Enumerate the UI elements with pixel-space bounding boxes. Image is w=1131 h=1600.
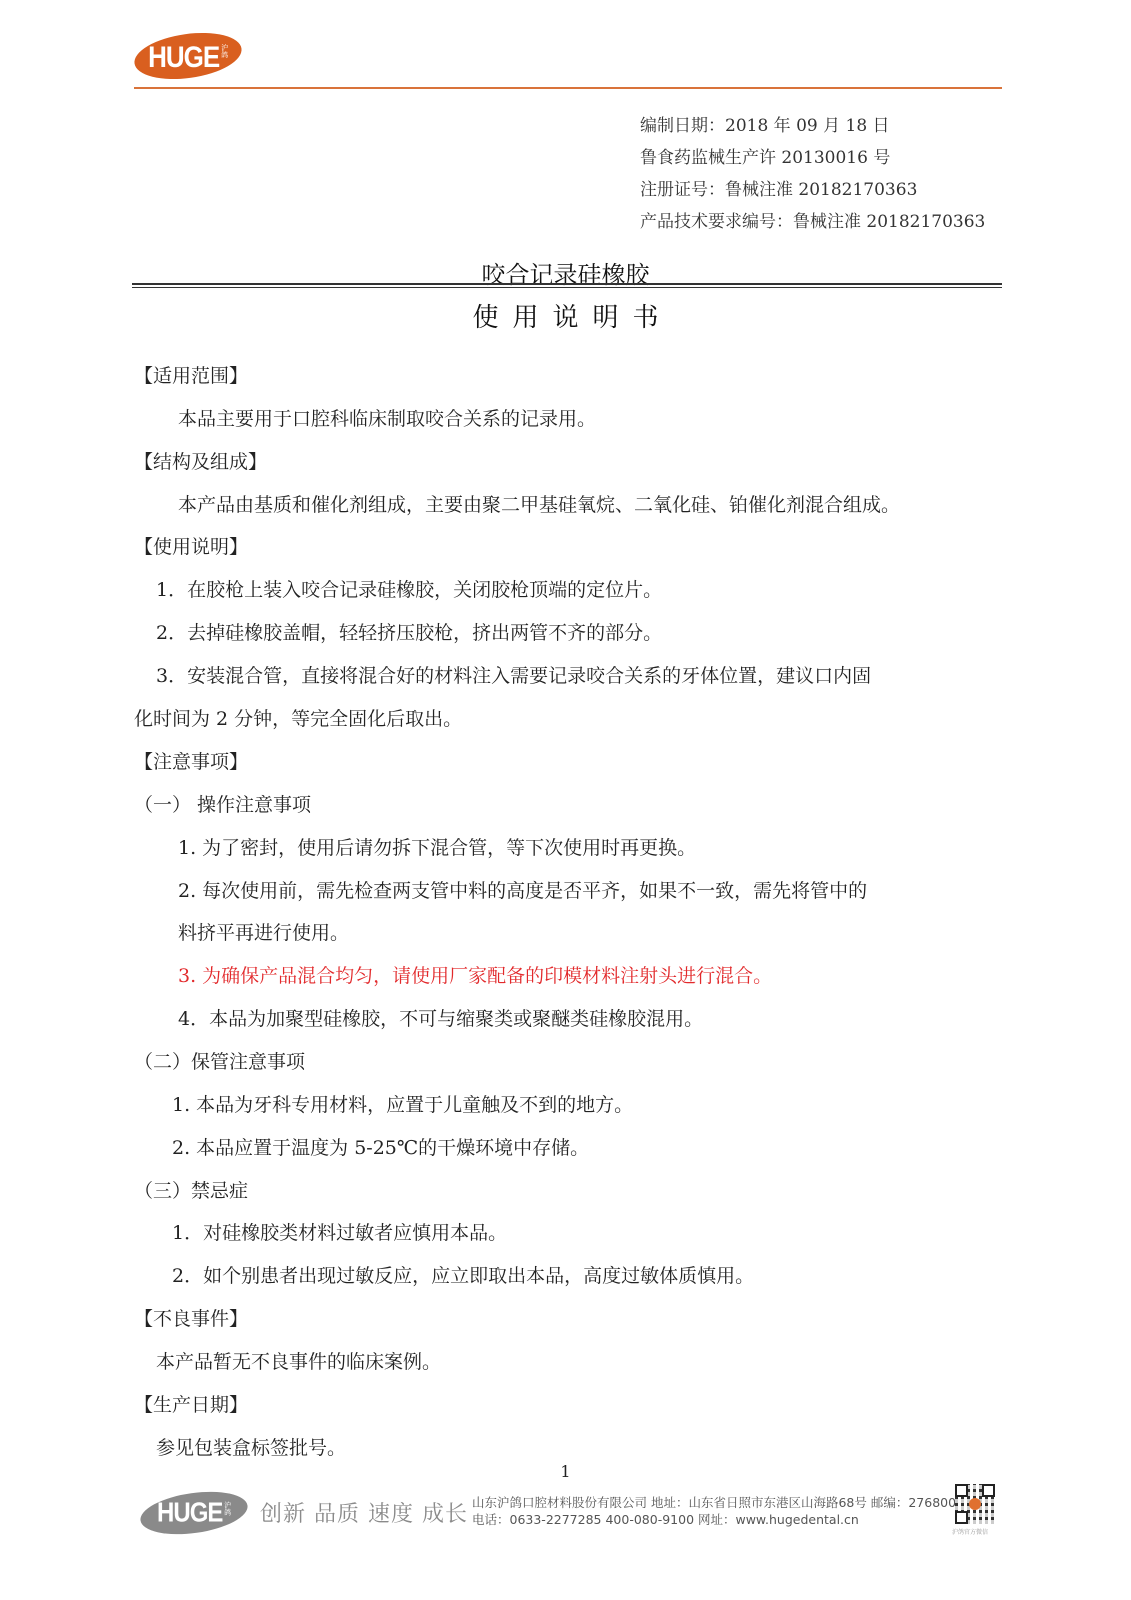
scope-text: 本品主要用于口腔科临床制取咬合关系的记录用。 (178, 404, 596, 431)
operation-item: 4．本品为加聚型硅橡胶，不可与缩聚类或聚醚类硅橡胶混用。 (178, 1004, 703, 1031)
section-heading-adverse-events: 【不良事件】 (134, 1304, 248, 1331)
document-meta: 编制日期：2018 年 09 月 18 日 鲁食药监械生产许 20130016 … (640, 110, 985, 238)
usage-item: 2．去掉硅橡胶盖帽，轻轻挤压胶枪，挤出两管不齐的部分。 (156, 618, 662, 645)
section-heading-composition: 【结构及组成】 (134, 447, 267, 474)
section-heading-precautions: 【注意事项】 (134, 747, 248, 774)
document-type-title: 使用说明书 (0, 297, 1131, 334)
usage-item: 3．安装混合管，直接将混合好的材料注入需要记录咬合关系的牙体位置，建议口内固 (156, 661, 871, 688)
page-number: 1 (0, 1462, 1131, 1481)
company-logo: HUGE 沪鸽 (131, 27, 244, 86)
composition-text: 本产品由基质和催化剂组成，主要由聚二甲基硅氧烷、二氧化硅、铂催化剂混合组成。 (178, 490, 900, 517)
production-date-text: 参见包装盒标签批号。 (156, 1433, 346, 1460)
operation-item: 2. 每次使用前，需先检查两支管中料的高度是否平齐，如果不一致，需先将管中的 (178, 876, 867, 903)
operation-item-highlighted: 3. 为确保产品混合均匀，请使用厂家配备的印模材料注射头进行混合。 (178, 961, 772, 988)
contraindication-item: 2．如个别患者出现过敏反应，应立即取出本品，高度过敏体质慎用。 (172, 1261, 754, 1288)
logo-text: HUGE (148, 39, 219, 75)
footer-logo: HUGE 沪鸽 (138, 1486, 251, 1541)
operation-item-continued: 料挤平再进行使用。 (178, 918, 349, 945)
subheading-operation: （一） 操作注意事项 (134, 790, 311, 817)
phone-website: 电话：0633-2277285 400-080-9100 网址：www.huge… (472, 1511, 956, 1528)
footer-logo-subtext: 沪鸽 (224, 1501, 231, 1515)
usage-item-continued: 化时间为 2 分钟，等完全固化后取出。 (134, 704, 462, 731)
logo-subtext: 沪鸽 (221, 44, 228, 58)
tech-requirement-number: 产品技术要求编号：鲁械注准 20182170363 (640, 206, 985, 238)
section-heading-scope: 【适用范围】 (134, 361, 248, 388)
section-heading-usage: 【使用说明】 (134, 532, 248, 559)
title-double-rule (132, 283, 1002, 288)
storage-item: 2. 本品应置于温度为 5-25℃的干燥环境中存储。 (172, 1133, 589, 1160)
registration-number: 注册证号：鲁械注准 20182170363 (640, 174, 985, 206)
compile-date: 编制日期：2018 年 09 月 18 日 (640, 110, 985, 142)
footer-logo-text: HUGE (157, 1498, 222, 1530)
subheading-contraindications: （三）禁忌症 (134, 1176, 248, 1203)
production-license: 鲁食药监械生产许 20130016 号 (640, 142, 985, 174)
qr-code-icon (955, 1484, 995, 1524)
header-divider (134, 87, 1002, 89)
section-heading-production-date: 【生产日期】 (134, 1390, 248, 1417)
qr-caption: 沪鸽官方微信 (952, 1527, 988, 1536)
adverse-events-text: 本产品暂无不良事件的临床案例。 (156, 1347, 441, 1374)
storage-item: 1. 本品为牙科专用材料，应置于儿童触及不到的地方。 (172, 1090, 633, 1117)
footer-contact: 山东沪鸽口腔材料股份有限公司 地址：山东省日照市东港区山海路68号 邮编：276… (472, 1494, 956, 1528)
footer-slogan: 创新 品质 速度 成长 (260, 1497, 468, 1528)
usage-item: 1．在胶枪上装入咬合记录硅橡胶，关闭胶枪顶端的定位片。 (156, 575, 662, 602)
company-address: 山东沪鸽口腔材料股份有限公司 地址：山东省日照市东港区山海路68号 邮编：276… (472, 1494, 956, 1511)
contraindication-item: 1．对硅橡胶类材料过敏者应慎用本品。 (172, 1218, 507, 1245)
subheading-storage: （二）保管注意事项 (134, 1047, 305, 1074)
operation-item: 1. 为了密封，使用后请勿拆下混合管，等下次使用时再更换。 (178, 833, 696, 860)
